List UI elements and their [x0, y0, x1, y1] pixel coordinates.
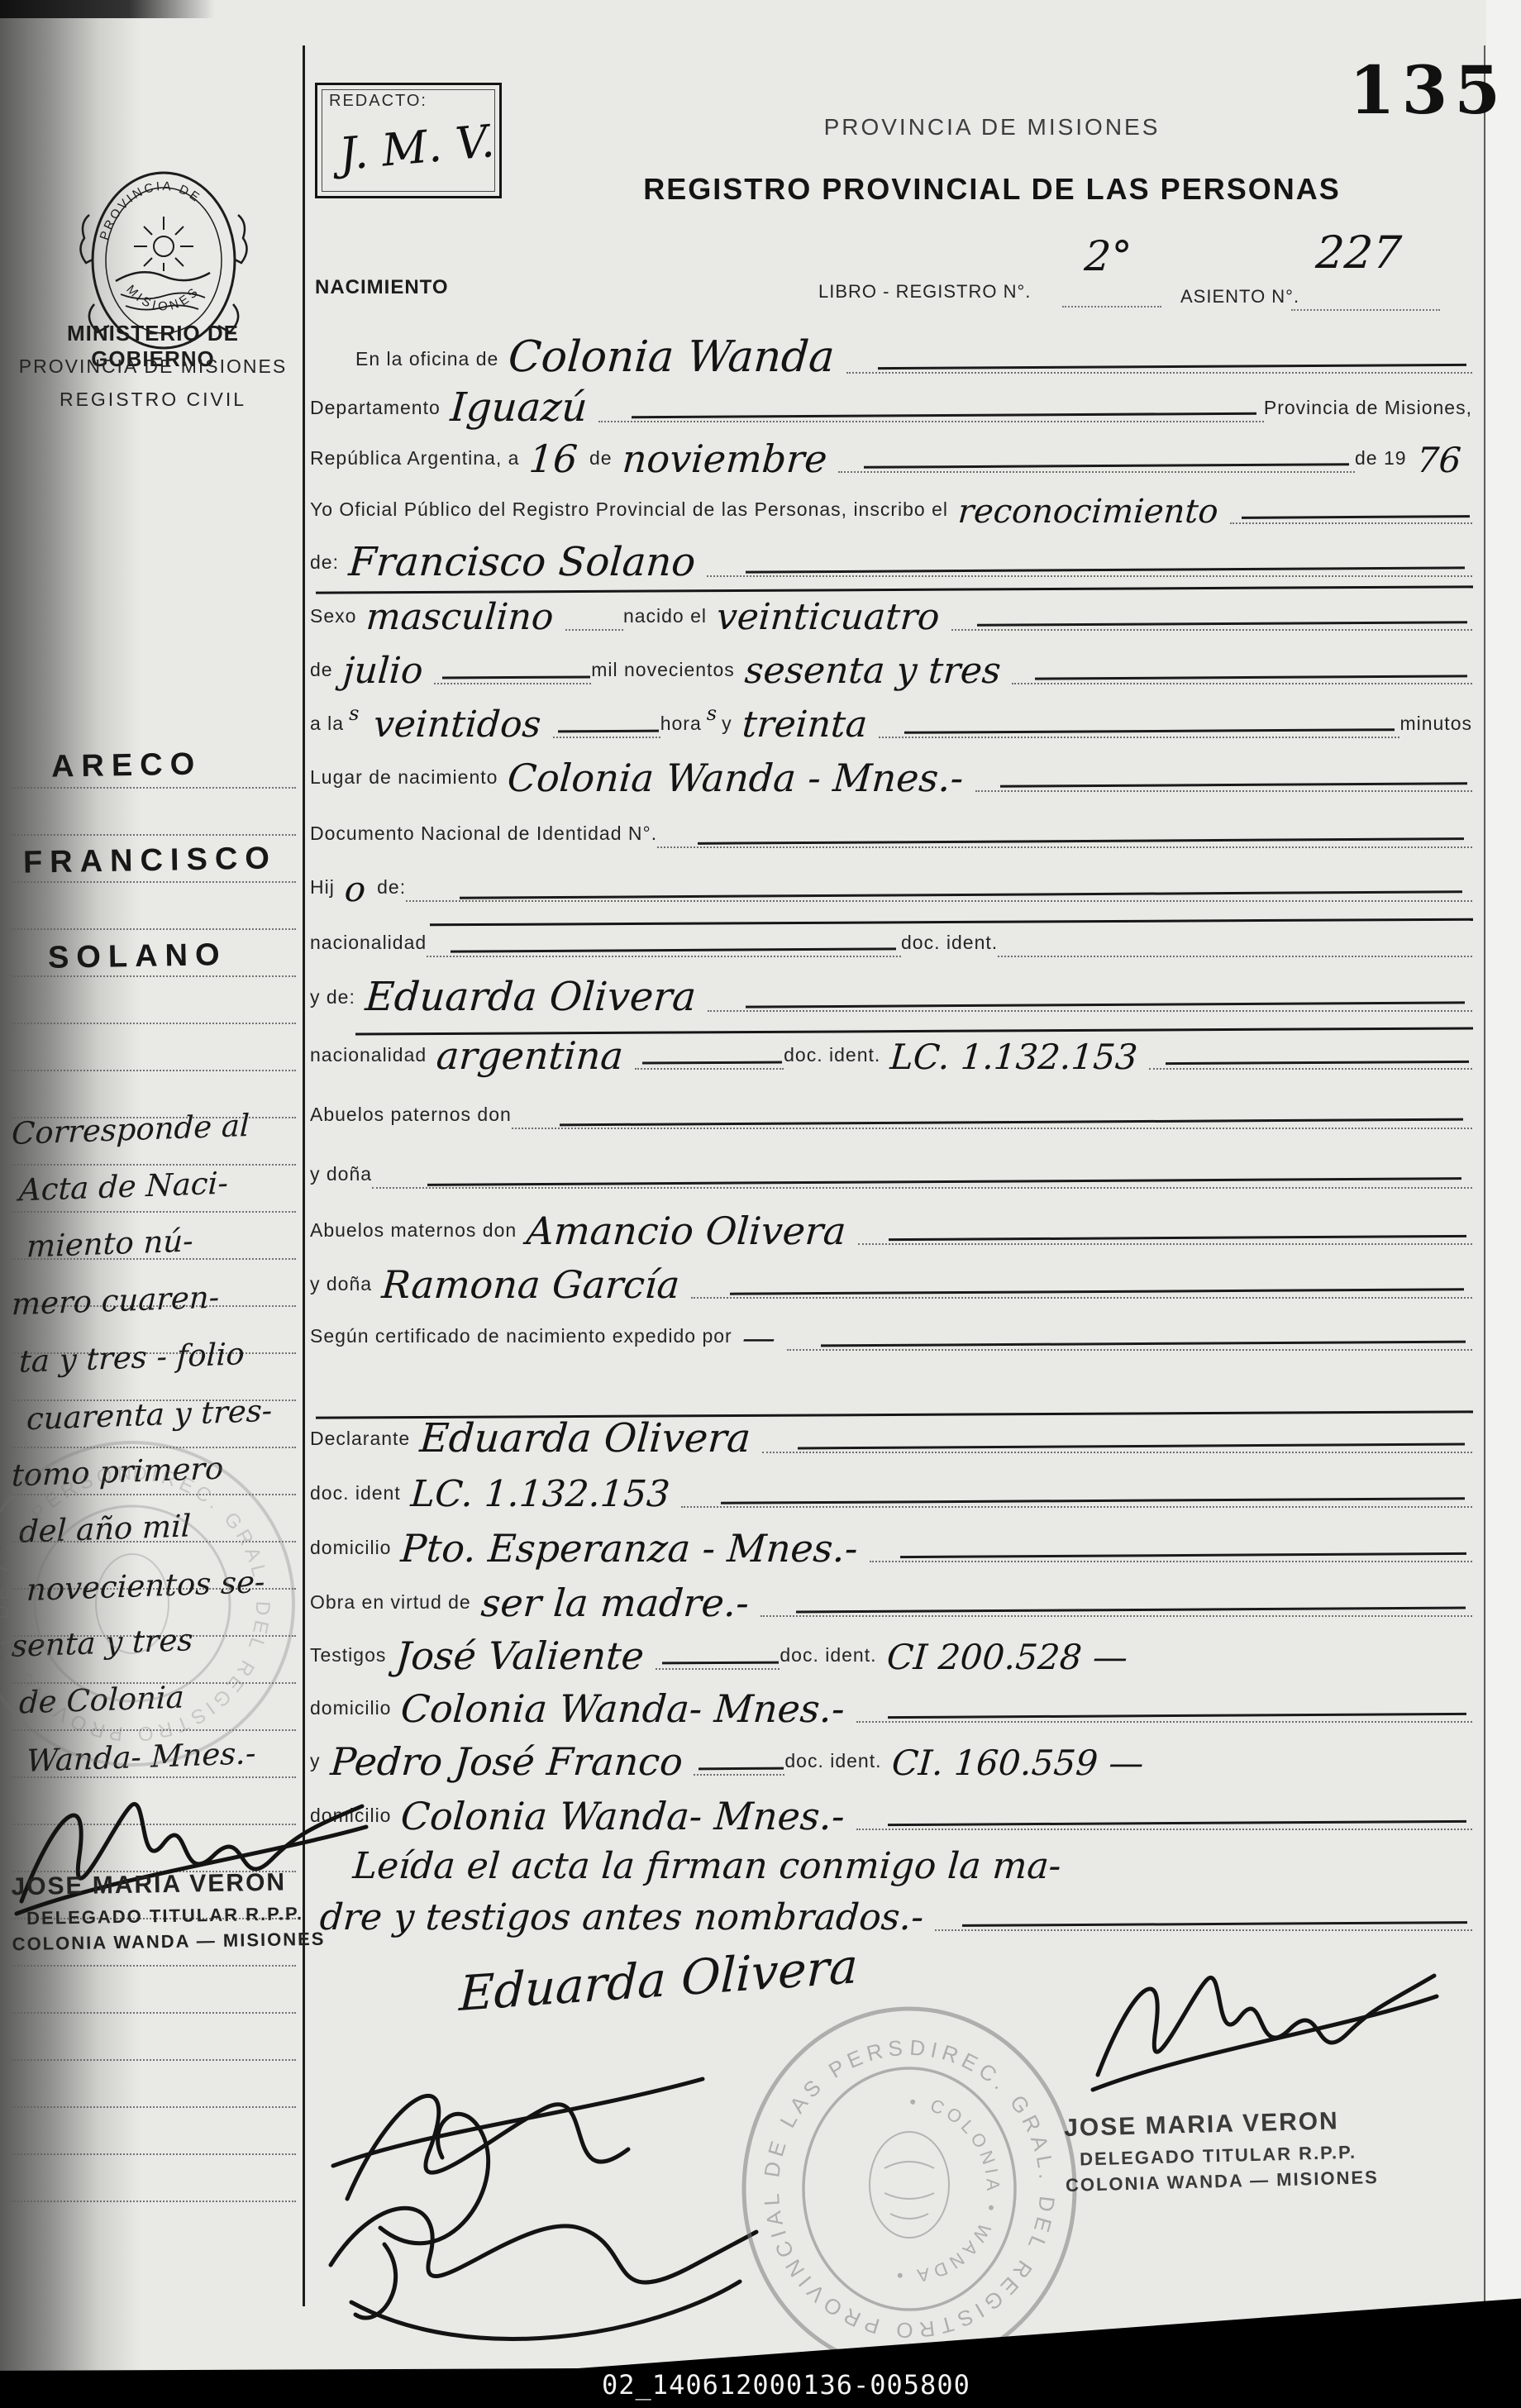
- form-row: dejuliomil novecientossesenta y tres: [310, 627, 1477, 684]
- margin-dotted-line: [12, 2199, 296, 2202]
- field-value-handwritten: —: [741, 1326, 776, 1351]
- margin-registrant-middlename: SOLANO: [48, 937, 227, 976]
- field-value-handwritten: LC. 1.132.153: [889, 1044, 1138, 1070]
- field-label: y doña: [310, 1163, 372, 1189]
- stamp-ring-text: DIREC. GRAL. DEL REGISTRO PROVINCIAL DE …: [715, 1982, 1060, 2343]
- field-value-handwritten: argentina: [436, 1042, 624, 1070]
- form-row: Yo Oficial Público del Registro Provinci…: [310, 466, 1477, 524]
- section-label-nacimiento: NACIMIENTO: [315, 276, 449, 299]
- form-row: y doñaRamona García: [310, 1241, 1477, 1299]
- page-number: 135: [1349, 51, 1507, 129]
- margin-note-line: Corresponde al: [12, 1113, 250, 1147]
- field-label: y de:: [310, 986, 355, 1012]
- field-value-handwritten: dre y testigos antes nombrados.-: [319, 1904, 925, 1931]
- form-row: y doña: [310, 1131, 1477, 1189]
- ministry-province: PROVINCIA DE MISIONES: [8, 355, 298, 378]
- form-row: Según certificado de nacimiento expedido…: [310, 1293, 1477, 1351]
- margin-dotted-line: [12, 927, 296, 930]
- margin-note-line: Acta de Naci-: [19, 1171, 229, 1203]
- form-row: domicilioPto. Esperanza - Mnes.-: [310, 1504, 1477, 1562]
- field-value-handwritten: Eduarda Olivera: [419, 1423, 752, 1453]
- dotted-leader: [1149, 1061, 1472, 1070]
- form-row: yPedro José Francodoc. ident.CI. 160.559…: [310, 1718, 1477, 1776]
- header-province: PROVINCIA DE MISIONES: [794, 114, 1190, 141]
- form-row: nacionalidadargentinadoc. ident.LC. 1.13…: [310, 1012, 1477, 1070]
- field-label: doc. ident.: [784, 1044, 880, 1070]
- form-row: de:Francisco Solano: [310, 519, 1477, 577]
- delegate-stamp-margin: JOSE MARIA VERON DELEGADO TITULAR R.P.P.…: [11, 1864, 326, 1958]
- margin-dotted-line: [12, 2152, 296, 2155]
- form-row: Lugar de nacimientoColonia Wanda - Mnes.…: [310, 734, 1477, 792]
- form-row: República Argentina, a16denoviembrede 19…: [310, 415, 1477, 473]
- margin-dotted-line: [12, 1068, 296, 1071]
- dotted-leader: [708, 1004, 1472, 1012]
- ministry-office: REGISTRO CIVIL: [8, 389, 298, 411]
- faint-round-stamp: DIREC. GRAL. DEL REGISTRO PROVINCIAL DE …: [0, 1397, 322, 1810]
- form-row: a lasveintidoshorasytreintaminutos: [310, 680, 1477, 738]
- dotted-leader: [635, 1061, 784, 1070]
- margin-dotted-line: [12, 1162, 296, 1166]
- form-row: Obra en virtud deser la madre.-: [310, 1559, 1477, 1617]
- form-row: DepartamentoIguazúProvincia de Misiones,: [310, 365, 1477, 422]
- form-row: Abuelos paternos don: [310, 1071, 1477, 1129]
- form-row: y de:Eduarda Olivera: [310, 954, 1477, 1012]
- delegate-name: JOSE MARIA VERON: [11, 1864, 325, 1905]
- dotted-leader: [787, 1342, 1472, 1351]
- field-label: Según certificado de nacimiento expedido…: [310, 1325, 732, 1351]
- form-row: nacionalidaddoc. ident.: [310, 899, 1477, 957]
- form-row: Sexomasculinonacido elveinticuatro: [310, 573, 1477, 631]
- svg-text:• COLONIA • WANDA •: • COLONIA • WANDA •: [891, 2091, 1004, 2286]
- svg-text:DIREC. GRAL. DEL REGISTRO PROV: DIREC. GRAL. DEL REGISTRO PROVINCIAL DE …: [715, 1982, 1060, 2343]
- margin-dotted-line: [12, 1021, 296, 1024]
- dotted-leader: [935, 1923, 1472, 1931]
- asiento-label: ASIENTO N°.: [1180, 286, 1299, 308]
- margin-note-line: mero cuaren-: [12, 1285, 220, 1317]
- redacto-label: REDACTO:: [329, 92, 427, 111]
- field-label: Lugar de nacimiento: [310, 766, 498, 792]
- form-row: domicilioColonia Wanda- Mnes.-: [310, 1665, 1477, 1723]
- form-row: Hijode:: [310, 844, 1477, 902]
- field-value-handwritten: Pto. Esperanza - Mnes.-: [400, 1534, 859, 1563]
- redacto-box: REDACTO: J. M. V.: [315, 83, 502, 198]
- stamp-inner-text: • COLONIA • WANDA •: [891, 2091, 1004, 2286]
- field-value-handwritten: o: [344, 876, 366, 903]
- field-value-superscript: s: [707, 702, 717, 725]
- margin-registrant-firstname: FRANCISCO: [23, 841, 278, 880]
- field-label: de:: [377, 876, 406, 902]
- libro-dotted-line: [1062, 303, 1161, 308]
- form-row: Abuelos maternos donAmancio Olivera: [310, 1187, 1477, 1245]
- margin-dotted-line: [12, 2058, 296, 2061]
- form-row: Leída el acta la firman conmigo la ma-: [310, 1822, 1477, 1880]
- libro-registro-value-handwritten: 2°: [1084, 241, 1132, 273]
- registry-round-stamp: DIREC. GRAL. DEL REGISTRO PROVINCIAL DE …: [715, 1982, 1104, 2396]
- delegate-place: COLONIA WANDA — MISIONES: [12, 1926, 325, 1957]
- form-row: DeclaranteEduarda Olivera: [310, 1395, 1477, 1453]
- form-left-rule: [303, 45, 305, 2306]
- witness2-signature: [306, 2166, 769, 2356]
- official-signature: [1091, 1951, 1438, 2108]
- libro-registro-label: LIBRO - REGISTRO N°.: [818, 281, 1031, 303]
- scan-edge-shadow: [0, 0, 215, 18]
- redacto-initials-handwritten: J. M. V.: [337, 115, 497, 180]
- form-row: doc. identLC. 1.132.153: [310, 1450, 1477, 1508]
- form-row: Documento Nacional de Identidad N°.: [310, 790, 1477, 848]
- margin-dotted-line: [12, 2105, 296, 2108]
- field-value-handwritten: Eduarda Olivera: [365, 982, 698, 1012]
- dotted-leader: [512, 1121, 1472, 1129]
- page-right-margin: [1486, 0, 1521, 2408]
- form-right-rule: [1484, 45, 1485, 2306]
- field-value-handwritten: Colonia Wanda - Mnes.-: [507, 764, 965, 793]
- delegate-stamp-right: JOSE MARIA VERON DELEGADO TITULAR R.P.P.…: [1064, 2102, 1380, 2199]
- margin-dotted-line: [12, 1963, 296, 1967]
- asiento-dotted-line: [1291, 306, 1440, 311]
- field-value-handwritten: Pedro José Franco: [329, 1748, 683, 1776]
- field-value-superscript: s: [349, 702, 359, 725]
- margin-dotted-line: [12, 1209, 296, 1213]
- field-label: Abuelos paternos don: [310, 1104, 512, 1129]
- header-registry-title: REGISTRO PROVINCIAL DE LAS PERSONAS: [595, 172, 1389, 207]
- form-row: TestigosJosé Valientedoc. ident.CI 200.5…: [310, 1612, 1477, 1670]
- form-row: dre y testigos antes nombrados.-: [310, 1873, 1477, 1931]
- margin-dotted-line: [12, 785, 296, 789]
- scanned-birth-record-page: PROVINCIA DE MISIONES MINISTERIO DE GOBI…: [0, 0, 1521, 2408]
- field-label: Hij: [310, 876, 335, 902]
- margin-dotted-line: [12, 832, 296, 836]
- scan-id-code: 02_140612000136-005800: [602, 2369, 970, 2401]
- margin-note-line: miento nú-: [26, 1228, 194, 1259]
- margin-registrant-surname: ARECO: [51, 746, 203, 784]
- asiento-value-handwritten: 227: [1315, 236, 1403, 270]
- margin-dotted-line: [12, 2010, 296, 2014]
- field-label: nacionalidad: [310, 1044, 427, 1070]
- margin-note-line: ta y tres - folio: [19, 1342, 246, 1374]
